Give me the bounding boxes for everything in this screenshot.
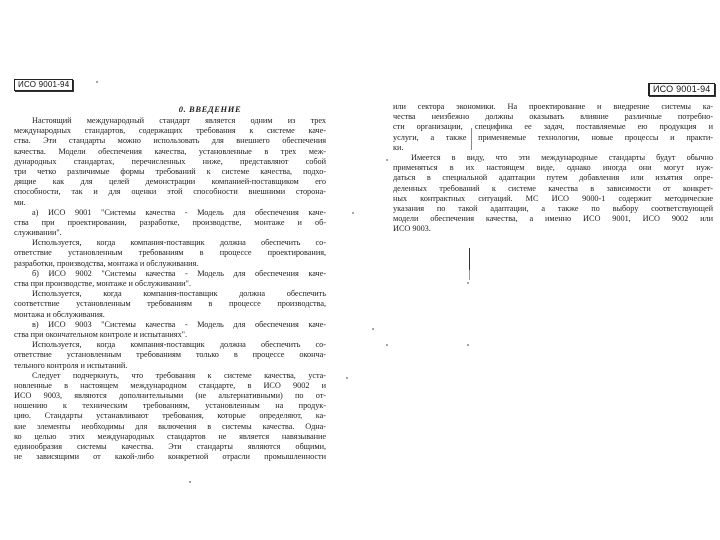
text-line: указания по такой адаптации, а также по …: [393, 204, 713, 214]
scanned-page: ИСО 9001-94 ИСО 9001-94 0. ВВЕДЕНИЕ Наст…: [0, 0, 720, 540]
text-line: способности, так и для оценки этой спосо…: [14, 187, 326, 197]
text-line: Используется, когда компания-поставщик д…: [14, 289, 326, 299]
text-line: ИСО 9003, являются дополнительными (не а…: [14, 391, 326, 401]
text-line: цию. Стандарты устанавливают требования,…: [14, 411, 326, 421]
scan-dot: [189, 481, 191, 483]
text-line: ства при окончательном контроле и испыта…: [14, 330, 326, 340]
text-line: ства при производстве, монтаже и обслужи…: [14, 279, 326, 289]
text-line: модели обеспечения качества, а именно ИС…: [393, 214, 713, 224]
text-line: применяться в их настоящем виде, однако …: [393, 163, 713, 173]
scan-dot: [386, 344, 388, 346]
text-line: в) ИСО 9003 "Системы качества - Модель д…: [14, 320, 326, 330]
text-line: ми.: [14, 198, 326, 208]
text-line: Используется, когда компания-поставщик д…: [14, 238, 326, 248]
left-text-column: Настоящий международный стандарт являетс…: [14, 116, 326, 462]
text-line: даться в специальной адаптации путем доб…: [393, 173, 713, 183]
text-line: ных контрактных ситуаций. МС ИСО 9000-1 …: [393, 194, 713, 204]
text-line: соответствие установленным требованиям в…: [14, 299, 326, 309]
text-line: кие элементы необходимы для включения в …: [14, 422, 326, 432]
text-line: тельного контроля и испытаний.: [14, 361, 326, 371]
text-line: ответствие установленным требованиям в п…: [14, 248, 326, 258]
scan-dot: [386, 159, 388, 161]
text-line: сти организации, специфика ее задач, пос…: [393, 122, 713, 132]
scan-dot: [346, 377, 348, 379]
text-line: ко целью этих международных стандартов н…: [14, 432, 326, 442]
text-line: б) ИСО 9002 "Системы качества - Модель д…: [14, 269, 326, 279]
scan-mark-vertical-2: [469, 270, 470, 280]
text-line: монтажа и обслуживания.: [14, 310, 326, 320]
text-line: разработки, производства, монтажа и обсл…: [14, 259, 326, 269]
text-line: деленных требований к системе качества в…: [393, 184, 713, 194]
scan-mark-vertical-1: [469, 248, 470, 270]
text-line: Используется, когда компания-поставщик д…: [14, 340, 326, 350]
text-line: международных стандартов, содержащих тре…: [14, 126, 326, 136]
text-line: ства. Эти стандарты можно использовать д…: [14, 136, 326, 146]
standard-number-label-left: ИСО 9001-94: [14, 79, 73, 91]
right-text-column: или сектора экономики. На проектирование…: [393, 102, 713, 234]
text-line: услуги, а также применяемые технологии, …: [393, 133, 713, 143]
text-line: ки.: [393, 143, 713, 153]
text-line: или сектора экономики. На проектирование…: [393, 102, 713, 112]
section-title: 0. ВВЕДЕНИЕ: [110, 104, 310, 114]
scan-dot: [467, 344, 469, 346]
scan-dot: [352, 212, 354, 214]
text-line: дящие как для целей демонстрации компани…: [14, 177, 326, 187]
text-line: ИСО 9003.: [393, 224, 713, 234]
text-line: не зависящими от какой-либо конкретной о…: [14, 452, 326, 462]
text-line: Следует подчеркнуть, что требования к си…: [14, 371, 326, 381]
text-line: дународных стандартах, перечисленных ниж…: [14, 157, 326, 167]
scan-mark-fold: [471, 128, 472, 150]
text-line: а) ИСО 9001 "Системы качества - Модель д…: [14, 208, 326, 218]
text-line: Имеется в виду, что эти международные ст…: [393, 153, 713, 163]
text-line: новленные в настоящем международном стан…: [14, 381, 326, 391]
text-line: Настоящий международный стандарт являетс…: [14, 116, 326, 126]
scan-dot: [372, 328, 374, 330]
text-line: единообразия системы качества. Эти станд…: [14, 442, 326, 452]
scan-dot: [467, 282, 469, 284]
text-line: качества. Модели обеспечения качества, у…: [14, 147, 326, 157]
scan-dot: [96, 81, 98, 83]
standard-number-label-right: ИСО 9001-94: [648, 83, 715, 96]
text-line: ства при проектировании, разработке, про…: [14, 218, 326, 228]
text-line: ношению к техническим требованиям, устан…: [14, 401, 326, 411]
text-line: три четко различимые формы требований к …: [14, 167, 326, 177]
text-line: чества неизбежно должны оказывать влияни…: [393, 112, 713, 122]
text-line: ответствие установленным требованиям тол…: [14, 350, 326, 360]
text-line: служивании".: [14, 228, 326, 238]
